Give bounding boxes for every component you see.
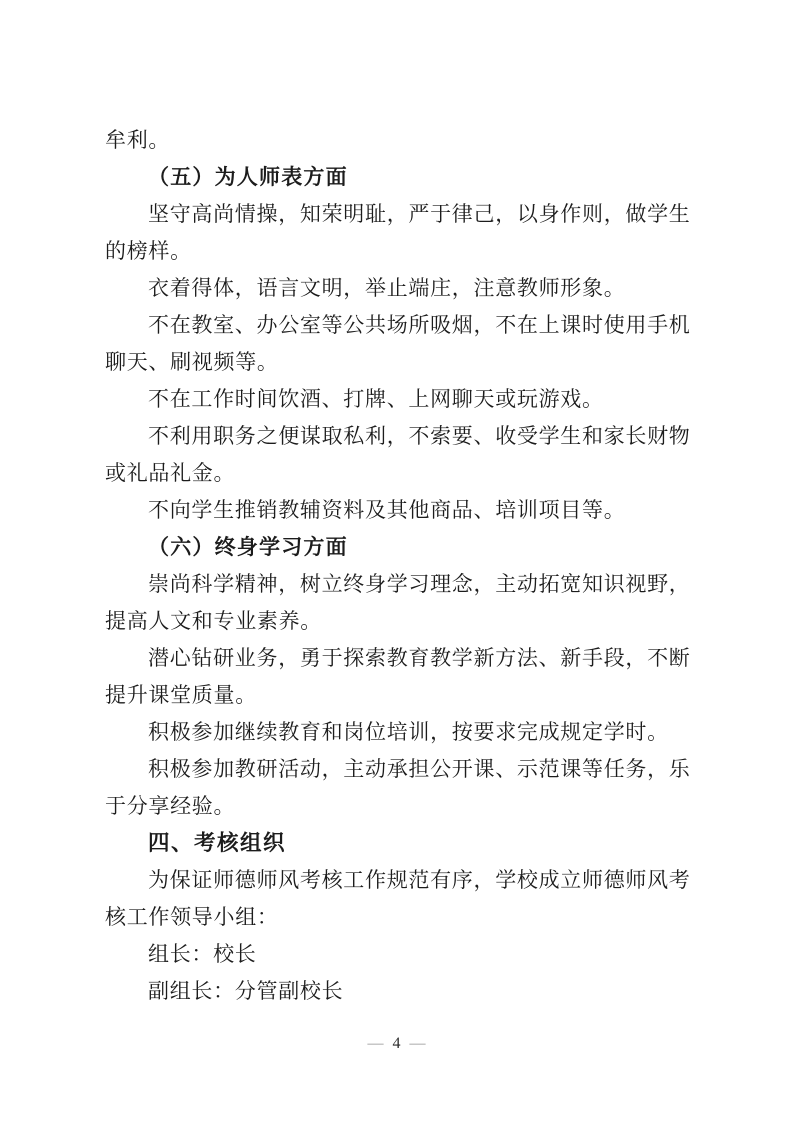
document-page: 牟利。（五）为人师表方面坚守高尚情操，知荣明耻，严于律己，以身作则，做学生的榜样… <box>0 0 793 1122</box>
text-line: 或礼品礼金。 <box>105 455 697 492</box>
page-number: 4 <box>384 1035 410 1052</box>
text-line: 不在教室、办公室等公共场所吸烟，不在上课时使用手机 <box>105 307 697 344</box>
section-heading: 四、考核组织 <box>105 825 697 862</box>
document-body: 牟利。（五）为人师表方面坚守高尚情操，知荣明耻，严于律己，以身作则，做学生的榜样… <box>105 122 697 1010</box>
subsection-heading: （五）为人师表方面 <box>105 159 697 196</box>
footer-right-dash: — <box>410 1035 426 1052</box>
text-line: 积极参加教研活动，主动承担公开课、示范课等任务，乐 <box>105 751 697 788</box>
page-footer: —4— <box>0 1032 793 1056</box>
text-line: 不在工作时间饮酒、打牌、上网聊天或玩游戏。 <box>105 381 697 418</box>
text-line: 潜心钻研业务，勇于探索教育教学新方法、新手段，不断 <box>105 640 697 677</box>
text-line: 提升课堂质量。 <box>105 677 697 714</box>
subsection-heading: （六）终身学习方面 <box>105 529 697 566</box>
text-line: 不利用职务之便谋取私利，不索要、收受学生和家长财物 <box>105 418 697 455</box>
text-line: 为保证师德师风考核工作规范有序，学校成立师德师风考 <box>105 862 697 899</box>
text-line: 崇尚科学精神，树立终身学习理念，主动拓宽知识视野， <box>105 566 697 603</box>
text-line: 组长：校长 <box>105 936 697 973</box>
text-line: 不向学生推销教辅资料及其他商品、培训项目等。 <box>105 492 697 529</box>
text-line: 牟利。 <box>105 122 697 159</box>
footer-left-dash: — <box>368 1035 384 1052</box>
text-line: 坚守高尚情操，知荣明耻，严于律己，以身作则，做学生 <box>105 196 697 233</box>
text-line: 提高人文和专业素养。 <box>105 603 697 640</box>
text-line: 核工作领导小组： <box>105 899 697 936</box>
text-line: 副组长：分管副校长 <box>105 973 697 1010</box>
text-line: 衣着得体，语言文明，举止端庄，注意教师形象。 <box>105 270 697 307</box>
text-line: 积极参加继续教育和岗位培训，按要求完成规定学时。 <box>105 714 697 751</box>
text-line: 聊天、刷视频等。 <box>105 344 697 381</box>
text-line: 的榜样。 <box>105 233 697 270</box>
text-line: 于分享经验。 <box>105 788 697 825</box>
